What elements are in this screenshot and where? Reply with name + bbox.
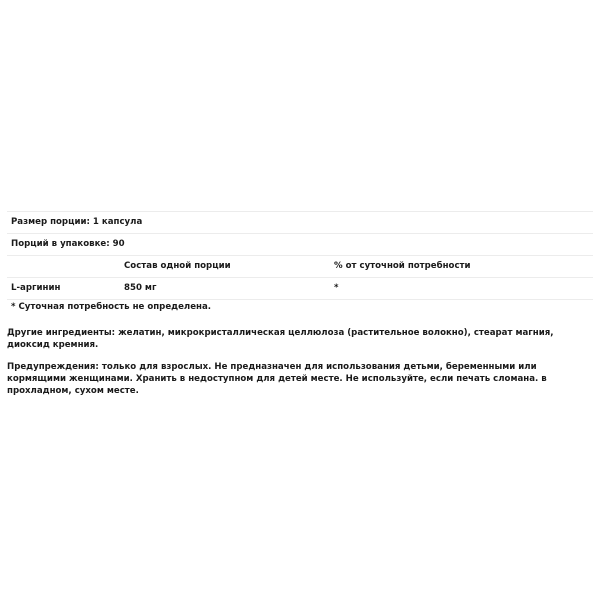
serving-size-row: Размер порции: 1 капсула — [7, 211, 593, 233]
servings-per-container: Порций в упаковке: 90 — [11, 239, 125, 249]
table-header-row: Состав одной порции % от суточной потреб… — [7, 255, 593, 277]
warnings: Предупреждения: только для взрослых. Не … — [7, 361, 597, 397]
footnote: * Суточная потребность не определена. — [11, 302, 211, 312]
ingredient-daily-value: * — [334, 283, 339, 293]
table-row: L-аргинин 850 мг * — [7, 277, 593, 300]
other-ingredients: Другие ингредиенты: желатин, микрокриста… — [7, 327, 597, 351]
header-daily-value: % от суточной потребности — [334, 261, 471, 271]
ingredient-amount: 850 мг — [124, 283, 156, 293]
header-amount: Состав одной порции — [124, 261, 231, 271]
servings-per-container-row: Порций в упаковке: 90 — [7, 233, 593, 255]
ingredient-name: L-аргинин — [11, 283, 60, 293]
serving-size: Размер порции: 1 капсула — [11, 217, 142, 227]
supplement-facts-table: Размер порции: 1 капсула Порций в упаков… — [7, 211, 593, 300]
